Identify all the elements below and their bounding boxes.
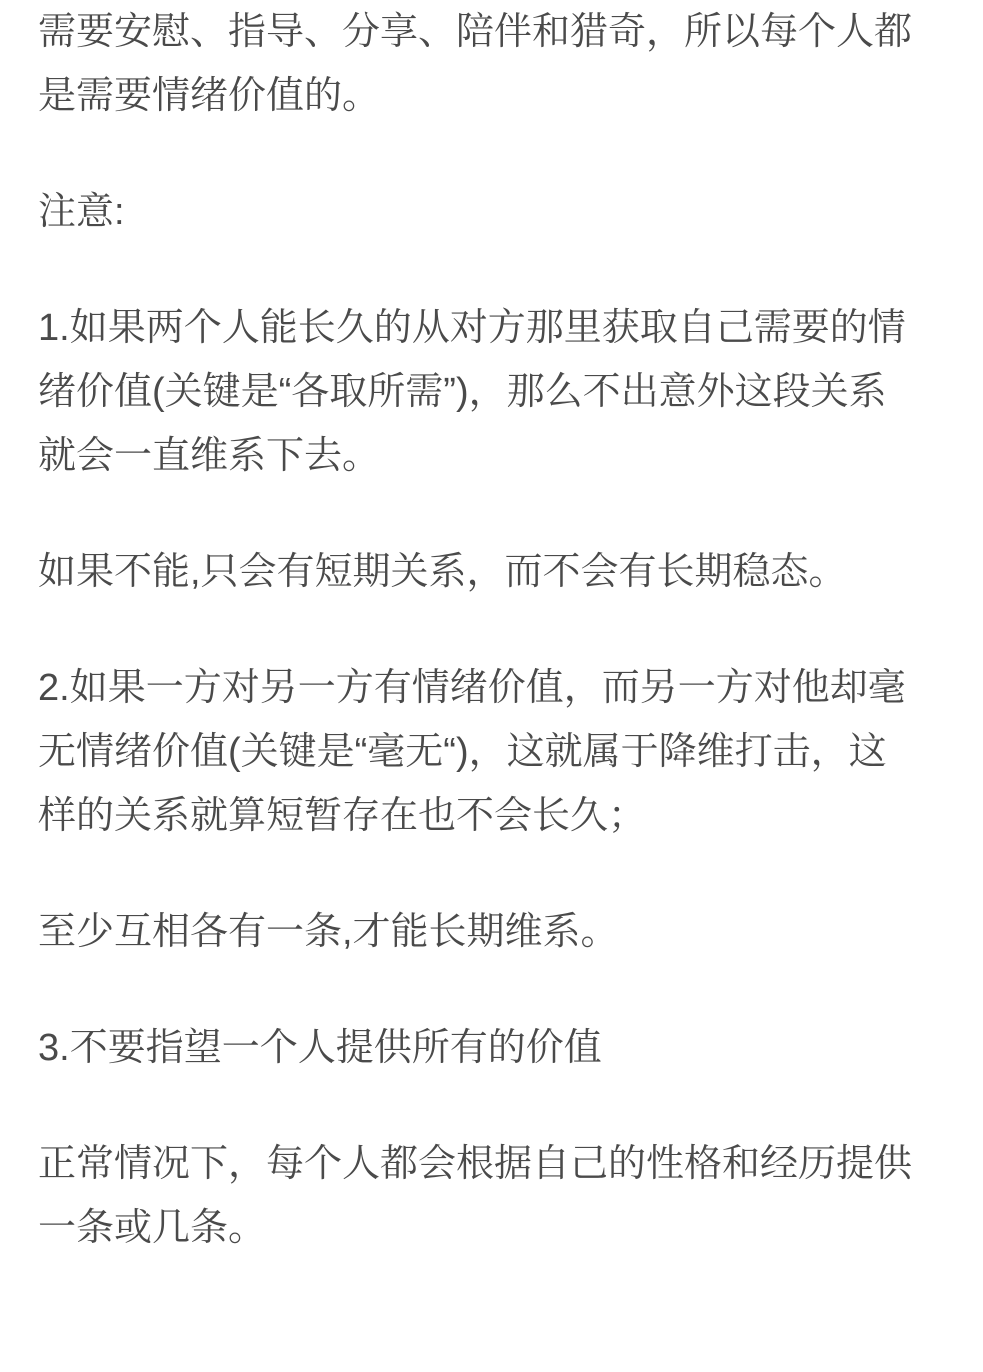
paragraph-point-3-detail: 正常情况下，每个人都会根据自己的性格和经历提供 一条或几条。: [38, 1132, 943, 1260]
text-line: 一条或几条。: [38, 1196, 943, 1260]
text-line: 如果不能,只会有短期关系，而不会有长期稳态。: [38, 540, 943, 604]
text-line: 是需要情绪价值的。: [38, 64, 943, 128]
text-line: 2.如果一方对另一方有情绪价值，而另一方对他却毫: [38, 656, 943, 720]
paragraph-point-3: 3.不要指望一个人提供所有的价值: [38, 1016, 943, 1080]
paragraph-intro: 需要安慰、指导、分享、陪伴和猎奇，所以每个人都 是需要情绪价值的。: [38, 0, 943, 128]
text-line: 至少互相各有一条,才能长期维系。: [38, 900, 943, 964]
text-line: 样的关系就算短暂存在也不会长久；: [38, 784, 943, 848]
paragraph-note-heading: 注意:: [38, 180, 943, 244]
article-body: 需要安慰、指导、分享、陪伴和猎奇，所以每个人都 是需要情绪价值的。 注意: 1.…: [0, 0, 983, 1372]
paragraph-point-2-detail: 至少互相各有一条,才能长期维系。: [38, 900, 943, 964]
text-line: 绪价值(关键是“各取所需”)，那么不出意外这段关系: [38, 360, 943, 424]
paragraph-point-1: 1.如果两个人能长久的从对方那里获取自己需要的情 绪价值(关键是“各取所需”)，…: [38, 296, 943, 488]
paragraph-point-1-detail: 如果不能,只会有短期关系，而不会有长期稳态。: [38, 540, 943, 604]
text-line: 1.如果两个人能长久的从对方那里获取自己需要的情: [38, 296, 943, 360]
text-line: 3.不要指望一个人提供所有的价值: [38, 1016, 943, 1080]
paragraph-point-2: 2.如果一方对另一方有情绪价值，而另一方对他却毫 无情绪价值(关键是“毫无“)，…: [38, 656, 943, 848]
text-line: 无情绪价值(关键是“毫无“)，这就属于降维打击，这: [38, 720, 943, 784]
text-line: 注意:: [38, 180, 943, 244]
text-line: 正常情况下，每个人都会根据自己的性格和经历提供: [38, 1132, 943, 1196]
text-line: 需要安慰、指导、分享、陪伴和猎奇，所以每个人都: [38, 0, 943, 64]
text-line: 就会一直维系下去。: [38, 424, 943, 488]
